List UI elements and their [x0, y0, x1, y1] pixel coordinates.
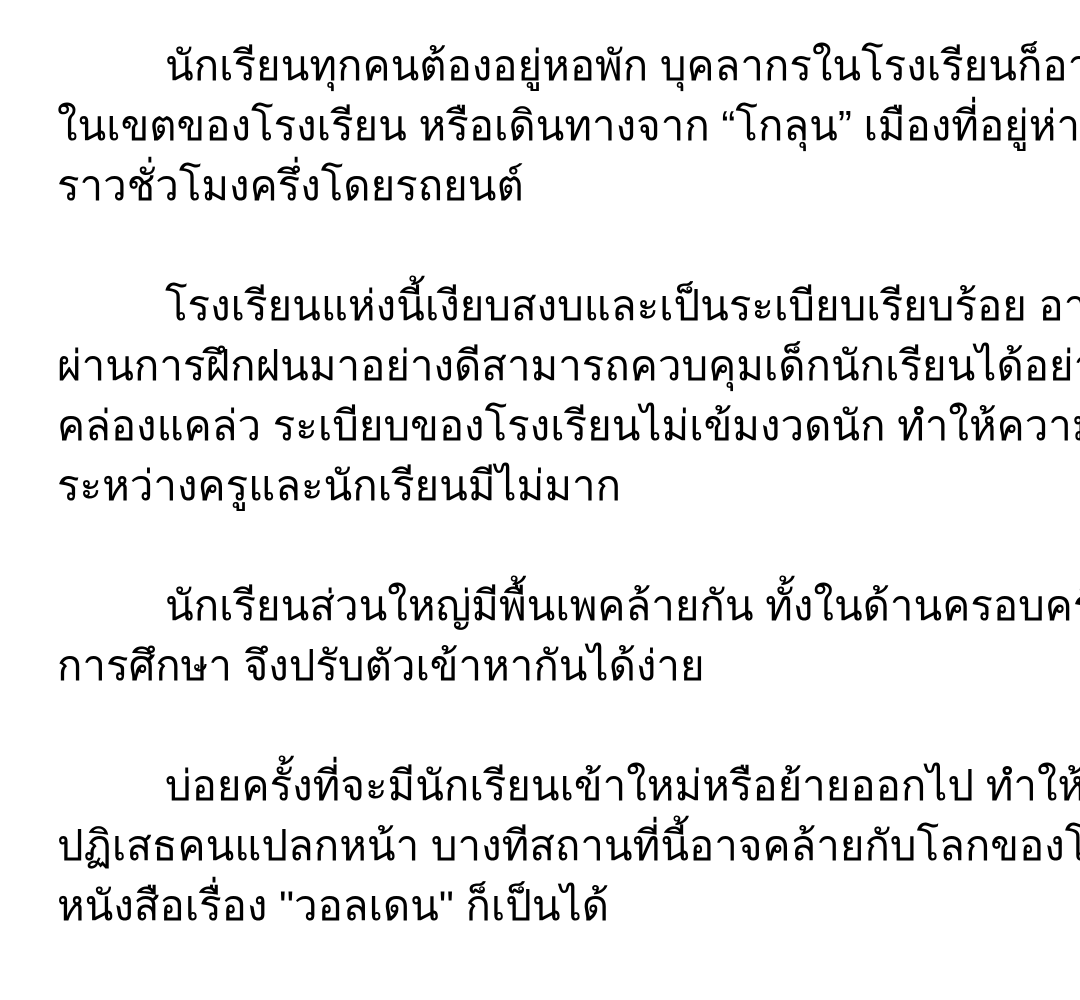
- document-page: นักเรียนทุกคนต้องอยู่หอพัก บุคลากรในโรงเ…: [0, 0, 1080, 1000]
- text-line: นักเรียนส่วนใหญ่มีพื้นเพคล้ายกัน ทั้งในด…: [57, 576, 1020, 636]
- paragraph: บ่อยครั้งที่จะมีนักเรียนเข้าใหม่หรือย้าย…: [57, 756, 1020, 936]
- text-line: คล่องแคล่ว ระเบียบของโรงเรียนไม่เข้มงวดน…: [57, 396, 1020, 456]
- text-line: บ่อยครั้งที่จะมีนักเรียนเข้าใหม่หรือย้าย…: [57, 756, 1020, 816]
- text-line: หนังสือเรื่อง "วอลเดน" ก็เป็นได้: [57, 876, 1020, 936]
- text-line: นักเรียนทุกคนต้องอยู่หอพัก บุคลากรในโรงเ…: [57, 36, 1020, 96]
- paragraph: นักเรียนทุกคนต้องอยู่หอพัก บุคลากรในโรงเ…: [57, 36, 1020, 216]
- text-line: ปฏิเสธคนแปลกหน้า บางทีสถานที่นี้อาจคล้าย…: [57, 816, 1020, 876]
- text-line: ระหว่างครูและนักเรียนมีไม่มาก: [57, 456, 1020, 516]
- text-line: ในเขตของโรงเรียน หรือเดินทางจาก “โกลุน” …: [57, 96, 1020, 156]
- text-line: โรงเรียนแห่งนี้เงียบสงบและเป็นระเบียบเรี…: [57, 276, 1020, 336]
- paragraph: โรงเรียนแห่งนี้เงียบสงบและเป็นระเบียบเรี…: [57, 276, 1020, 516]
- text-line: ผ่านการฝึกฝนมาอย่างดีสามารถควบคุมเด็กนัก…: [57, 336, 1020, 396]
- text-line: ราวชั่วโมงครึ่งโดยรถยนต์: [57, 156, 1020, 216]
- text-line: การศึกษา จึงปรับตัวเข้าหากันได้ง่าย: [57, 636, 1020, 696]
- paragraph: นักเรียนส่วนใหญ่มีพื้นเพคล้ายกัน ทั้งในด…: [57, 576, 1020, 696]
